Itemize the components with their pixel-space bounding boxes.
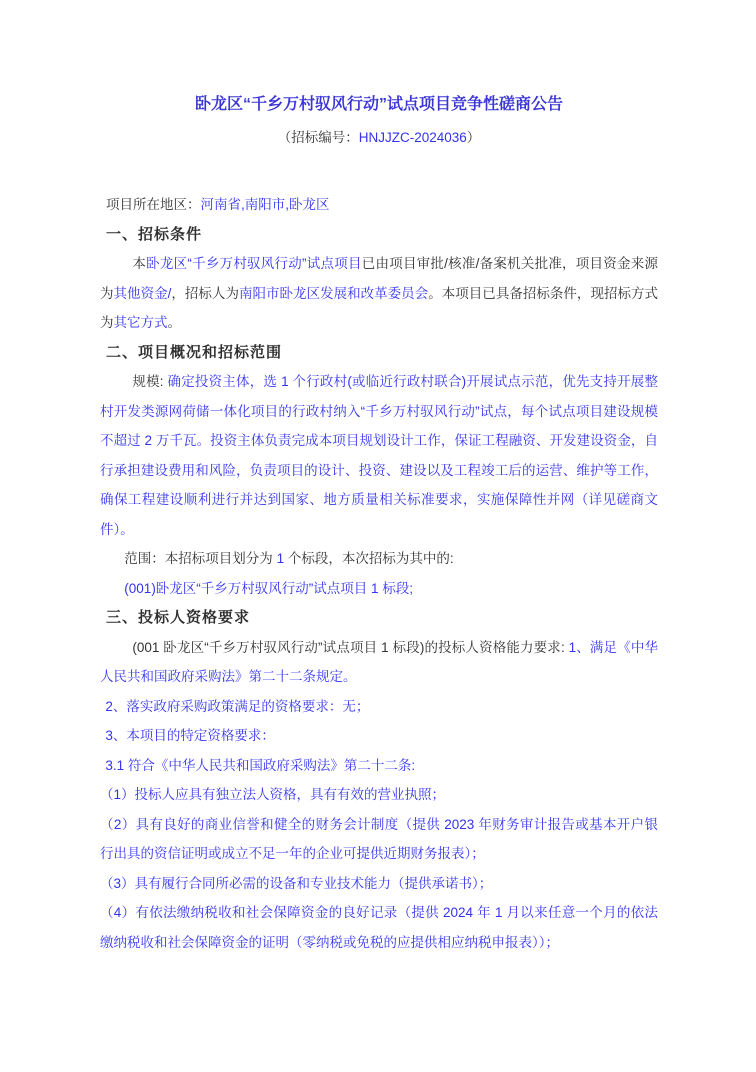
project-location-label: 项目所在地区： [106, 197, 201, 212]
scale-paragraph: 规模: 确定投资主体，选 1 个行政村(或临近行政村联合)开展试点示范，优先支持… [100, 367, 658, 544]
text-run: 个标段，本次招标为其中的: [284, 551, 454, 566]
text-run: ，招标人为 [171, 286, 239, 301]
project-name-value: 卧龙区“千乡万村驭风行动”试点项目 [146, 256, 362, 271]
section-2-heading: 二、项目概况和招标范围 [106, 338, 658, 368]
qualification-sub-item-3: （3）具有履行合同所必需的设备和专业技术能力（提供承诺书）； [100, 869, 658, 899]
document-body: 卧龙区“千乡万村驭风行动”试点项目竞争性磋商公告 （招标编号：HNJJZC-20… [100, 88, 658, 957]
tender-number-suffix: ） [467, 130, 481, 145]
text-run: 本 [132, 256, 146, 271]
scope-paragraph: 范围：本招标项目划分为 1 个标段，本次招标为其中的: [100, 544, 658, 574]
tender-number-value: HNJJZC-2024036 [359, 130, 467, 145]
scale-label: 规模: [132, 374, 167, 389]
section-3-heading: 三、投标人资格要求 [106, 603, 658, 633]
qualification-intro-paragraph: (001 卧龙区“千乡万村驭风行动”试点项目 1 标段)的投标人资格能力要求: … [100, 633, 658, 692]
document-title: 卧龙区“千乡万村驭风行动”试点项目竞争性磋商公告 [100, 88, 658, 121]
qualification-item-3: 3、本项目的特定资格要求： [100, 721, 658, 751]
scale-description-value: 确定投资主体，选 1 个行政村(或临近行政村联合)开展试点示范，优先支持开展整村… [100, 374, 658, 537]
text-run: (001 卧龙区“千乡万村驭风行动”试点项目 1 标段)的投标人资格能力要求: [132, 640, 568, 655]
tender-number-line: （招标编号：HNJJZC-2024036） [100, 121, 658, 154]
qualification-sub-item-4: （4）有依法缴纳税收和社会保障资金的良好记录（提供 2024 年 1 月以来任意… [100, 898, 658, 957]
qualification-sub-item-2: （2）具有良好的商业信誉和健全的财务会计制度（提供 2023 年财务审计报告或基… [100, 810, 658, 869]
tender-number-prefix: （招标编号： [278, 130, 359, 145]
lot-count-value: 1 [277, 551, 285, 566]
project-location-line: 项目所在地区：河南省,南阳市,卧龙区 [106, 190, 658, 220]
tenderer-value: 南阳市卧龙区发展和改革委员会 [239, 286, 428, 301]
tender-conditions-paragraph: 本卧龙区“千乡万村驭风行动”试点项目已由项目审批/核准/备案机关批准，项目资金来… [100, 249, 658, 338]
text-run: 。 [168, 315, 182, 330]
fund-source-value: 其他资金/ [114, 286, 172, 301]
qualification-item-3-1: 3.1 符合《中华人民共和国政府采购法》第二十二条: [100, 751, 658, 781]
section-1-heading: 一、招标条件 [106, 220, 658, 250]
project-location-value: 河南省,南阳市,卧龙区 [201, 197, 330, 212]
lot-line: (001)卧龙区“千乡万村驭风行动”试点项目 1 标段; [100, 574, 658, 604]
text-run: 范围：本招标项目划分为 [124, 551, 276, 566]
qualification-sub-item-1: （1）投标人应具有独立法人资格，具有有效的营业执照； [100, 780, 658, 810]
tender-method-value: 其它方式 [114, 315, 168, 330]
qualification-item-2: 2、落实政府采购政策满足的资格要求：无； [100, 692, 658, 722]
document-page: 卧龙区“千乡万村驭风行动”试点项目竞争性磋商公告 （招标编号：HNJJZC-20… [0, 0, 756, 1072]
